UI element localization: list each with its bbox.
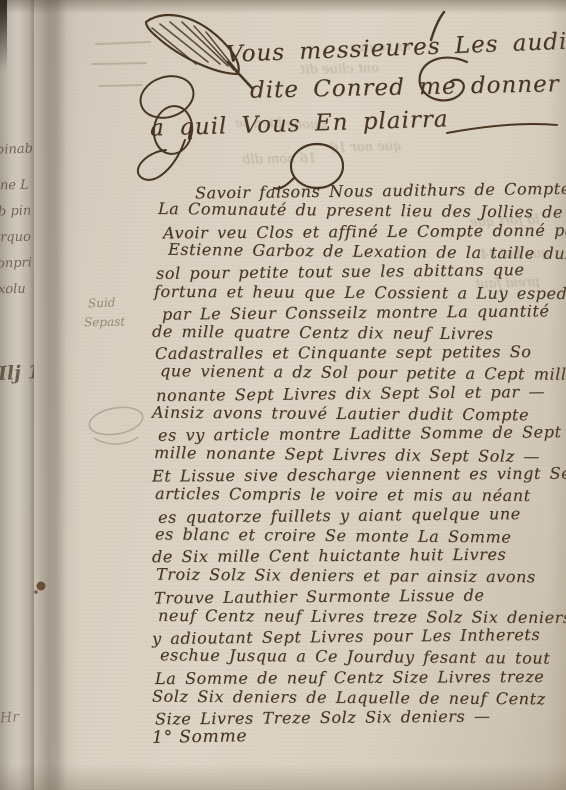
body-line: Et Lissue sive descharge viennent es vin…	[152, 463, 566, 485]
facing-fragment: Ilj 1	[0, 361, 34, 385]
margin-note: Suid	[88, 296, 116, 311]
body-line: que vienent a dz Sol pour petite a Cept …	[160, 361, 566, 384]
body-line: Avoir veu Clos et affiné Le Compte donné…	[163, 221, 566, 243]
body-line: fortuna et heuu que Le Cossient a Luy es…	[154, 282, 566, 303]
facing-fragment: b pin	[0, 203, 32, 219]
body-line: y adioutant Sept Livres pour Les Inthere…	[152, 625, 540, 648]
line-tail-stroke	[447, 124, 557, 133]
body-line: Trouve Lauthier Surmonte Lissue de	[154, 586, 485, 608]
footer-line: 1° Somme	[152, 726, 248, 748]
body-line: La Somme de neuf Centz Size Livres treze	[155, 667, 544, 688]
body-line: sol pour petite tout sue les abittans qu…	[156, 260, 525, 283]
margin-note: Sepast	[84, 315, 125, 330]
body-line: es vy article montre Laditte Somme de Se…	[158, 422, 562, 445]
header-line: a quil Vous En plairra	[150, 106, 449, 141]
body-line: Size Livres Treze Solz Six deniers —	[155, 707, 491, 729]
facing-fragment: irquo	[0, 230, 31, 246]
bleed-fragment: 16 nom dlb	[242, 151, 316, 167]
body-line: mille nonante Sept Livres dix Sept Solz …	[154, 443, 540, 466]
header-line: dite Conred me donner Ce	[250, 70, 566, 103]
body-line: de Six mille Cent huictante huit Livres	[152, 545, 506, 566]
body-line: nonante Sept Livres dix Sept Sol et par …	[156, 382, 545, 405]
facing-page-edge: binabr ne L b pin irquo onpri xolu Ilj 1…	[0, 0, 34, 790]
body-line: de mille quatre Centz dix neuf Livres	[152, 322, 494, 343]
bleed-dash-marks	[92, 42, 150, 86]
body-line: articles Compris le voire et mis au néan…	[155, 484, 531, 505]
bleed-fragment: que nor 16	[330, 139, 402, 156]
pencil-oval-mark	[87, 404, 145, 444]
body-line: es quatorze fuillets y aiant quelque une	[158, 504, 521, 527]
body-line: Troiz Solz Six deniers et par ainsiz avo…	[156, 565, 536, 587]
book-gutter	[28, 0, 80, 790]
body-line: es blanc et croire Se monte La Somme	[155, 524, 512, 546]
facing-fragment: Hr	[0, 709, 19, 726]
facing-fragment: ne L	[0, 178, 29, 194]
body-line: neuf Centz neuf Livres treze Solz Six de…	[158, 606, 566, 627]
body-line: Ainsiz avons trouvé Lautier dudit Compte	[152, 403, 529, 425]
body-line: Solz Six deniers de Laquelle de neuf Cen…	[152, 687, 546, 709]
body-line: La Comunauté du present lieu des Jollies…	[158, 199, 566, 222]
capital-loop-flourish	[135, 70, 199, 157]
header-line: Vous messieures Les audireurs	[226, 26, 566, 68]
ink-blot-mark	[34, 582, 45, 594]
body-line: par Le Sieur Consseilz montre La quantit…	[162, 301, 550, 323]
manuscript-scan: binabr ne L b pin irquo onpri xolu Ilj 1…	[0, 0, 566, 790]
facing-fragment: onpri	[0, 255, 32, 271]
descender-loop-flourish	[138, 140, 185, 180]
page-edge-shadow	[0, 0, 7, 70]
facing-fragment: xolu	[0, 282, 26, 297]
body-line: Cadastralles et Cinquante sept petites S…	[155, 342, 532, 363]
body-line: eschue Jusqua a Ce Jourduy fesant au tou…	[160, 645, 550, 667]
facing-fragment: binabr	[0, 141, 34, 157]
